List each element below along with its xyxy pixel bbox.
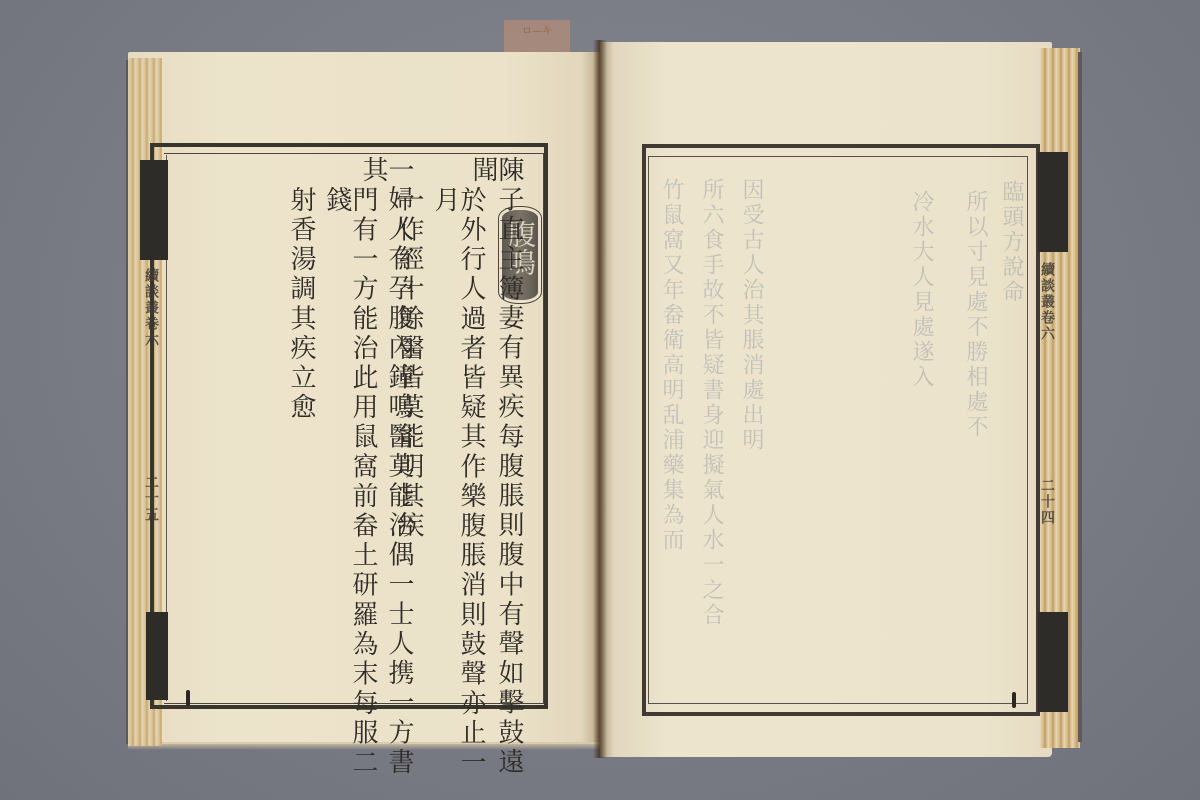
left-thread-mark xyxy=(186,690,190,706)
bleed-through-column-2: 所以寸見處不勝相處不 xyxy=(964,190,986,440)
open-book: ロ—キ 續談叢卷六 二十五 續談叢卷六 二十四 腹鳴 陳子直主簿妻有異疾每腹脹則… xyxy=(0,0,1200,800)
right-margin-title: 續談叢卷六 xyxy=(1040,262,1054,342)
text-column-6: 射香湯調其疾立愈 xyxy=(288,186,314,423)
right-thread-mark xyxy=(1012,692,1016,708)
right-cover-edge xyxy=(1078,52,1082,742)
text-column-2: 於外行人過者皆疑其作樂腹脹消則鼓聲亦止一月 xyxy=(432,186,484,800)
right-upper-fishtail-block xyxy=(1038,152,1068,252)
bleed-through-column-6: 竹鼠窩又年畚衛高明乱浦藥集為而 xyxy=(660,178,682,553)
right-lower-fishtail-block xyxy=(1038,612,1068,712)
bleed-through-column-3: 冷水大人見處遂入 xyxy=(910,190,932,390)
bleed-through-column-1: 臨頭方說命 xyxy=(1000,180,1022,305)
left-margin-title: 續談叢卷六 xyxy=(144,268,158,348)
left-lower-fishtail-block xyxy=(146,612,168,700)
right-margin-page-number: 二十四 xyxy=(1040,478,1054,526)
left-margin-page-number: 二十五 xyxy=(144,475,158,523)
left-upper-fishtail-block xyxy=(140,160,168,260)
text-column-5: 門有一方能治此用鼠窩前畚土研羅為末每服二錢 xyxy=(324,186,376,800)
book-spine-gutter xyxy=(593,40,607,758)
bleed-through-column-4: 因受古人治其脹消處出明 xyxy=(740,178,762,453)
bleed-through-column-5: 所六食手故不皆疑書身迎擬氣人水一之合 xyxy=(700,178,722,628)
library-sticker-label: ロ—キ xyxy=(504,22,570,37)
